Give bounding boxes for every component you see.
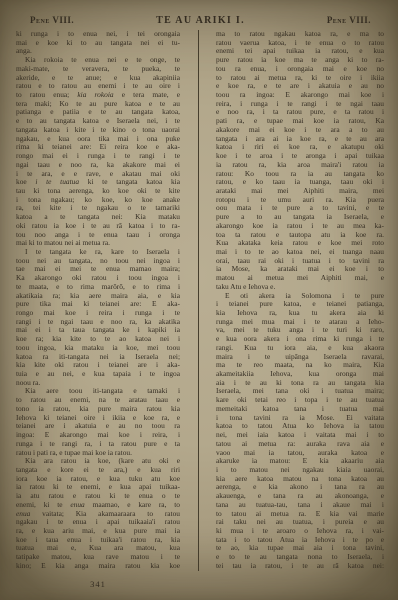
text-line: tangata i ara ai ia koe ra, e te au ara — [216, 135, 384, 144]
text-line: kia Iehova ra, kua tu akera aia ki — [216, 309, 384, 318]
text-line: toou nei au tangata, no toou nei ingoa i — [16, 257, 180, 266]
body-text: ia ratou ki te enemi, e kua apai tuikaa- — [16, 483, 180, 491]
text-line: ngai taau e noo ra, ka akakore mai ei — [16, 161, 180, 170]
body-text: pure a to au tangata ia Iseraela, e — [216, 213, 384, 221]
body-text: ratou i pati ra, e tupae mai koe ia rato… — [16, 449, 132, 457]
text-line: teianei are i akatuia e au no toou ra — [16, 422, 180, 431]
body-text: ki mua i te aroaro o Iehova ra, i vai- — [216, 527, 384, 535]
text-line: iora koe ia ratou, e kua tuku atu koe — [16, 475, 180, 484]
body-text: i te ara, e e rave, e akatau mai oki — [16, 170, 180, 178]
right-column: ma to ratou ngakau katoa ra, e ma torato… — [216, 30, 384, 571]
body-text: kino; E kia anga maira ratou kia koe — [16, 562, 180, 570]
body-text: rangi. Kua tu iora aia, e kua akaora — [216, 344, 384, 352]
text-line: ia Mose, ka arataki mai ei koe i to — [216, 265, 384, 274]
text-line: runga i te rangi ra, i ta ratou pure e t… — [16, 440, 180, 449]
text-line: ratou e to ratou au enemi i te au oire i — [16, 82, 180, 91]
body-text: Kua akataka keia ratou e koe mei roto — [216, 239, 384, 247]
body-text: taku Atu e Iehova e. — [216, 283, 275, 291]
body-text: tei tau ia ratou, i te au rā katoa nei: — [216, 562, 384, 570]
text-line: enua vaitata; Kia akamaaraara to ratou47 — [16, 510, 180, 519]
text-line: akauenga, e tana ra au akonoanga, e — [216, 492, 384, 501]
left-column: ki runga i to enua nei, i tei orongaiama… — [16, 30, 180, 571]
body-text: rangi i te ngai taau e noo ra, ka akatik… — [16, 318, 180, 326]
text-line: tangata katoa i kite i te kino o tona ua… — [16, 126, 180, 135]
body-text: ki runga i to enua nei, i tei orongaia — [16, 30, 180, 38]
body-text: toa ta ratou e tautopa atu ia koe ra. — [216, 231, 384, 239]
body-text: tatou ai metua ra: auraka rava aia e — [216, 440, 384, 448]
text-line: tana au tuatua-tau, tana i akaue mai i — [216, 501, 384, 510]
text-line: E oti akera ia Solomona i te pure54 — [216, 292, 384, 301]
text-line: tangata e kore ei te ara,) e kua riri — [16, 466, 180, 475]
text-line: e kua oora akera i ona rima ki runga i t… — [216, 335, 384, 344]
body-text: koe i te aroa i te aronga i apai tuikaa — [216, 152, 384, 160]
text-line: kare oki tetai reo i topa i te au tuatua — [216, 396, 384, 405]
body-text: rongo mai koe i reira i runga i te — [16, 309, 180, 317]
text-line: ma te reo maata, na ko maira, Kia56 — [216, 361, 384, 370]
body-text: ratou, e ko taau ia tuanga, taau oki i — [216, 178, 384, 186]
text-line: akatikaia ra; kia aere maira aia, e kia — [16, 292, 180, 301]
body-text: ia ratou ra, kia aroa maira'i ratou ia — [216, 161, 384, 169]
text-line: patianga e patiia e te au tangata katoa, — [16, 108, 180, 117]
body-text: ia atu ratou e ratou ki te enua o te — [16, 492, 180, 500]
text-line: ratou vaerua katoa, i te enua o to ratou — [216, 39, 384, 48]
text-line: tata i to tatou Atua ia Iehova i te po e — [216, 536, 384, 545]
body-text: tata i to tatou Atua ia Iehova i te po e — [216, 536, 384, 544]
text-line: toa ta ratou e tautopa atu ia koe ra. — [216, 231, 384, 240]
text-line: Ka akarongo oki ratou i toou ingoa i42 — [16, 274, 180, 283]
text-line: ra, e kua ariu mai, e kua pure mai ia — [16, 527, 180, 536]
text-line: to ratou ai metua ra, ki te oire i ikiia — [216, 74, 384, 83]
body-text: runga mei mua mai i te atarau a Ieho- — [216, 318, 384, 326]
text-line: e to au tangata katoa e Iseraela nei, i … — [16, 117, 180, 126]
body-text: rima ki teianei are: Ei reira koe e aka- — [16, 143, 180, 151]
text-line: rai taku nei au tuatua, i pureia e au — [216, 518, 384, 527]
body-text: teianei are i akatuia e au no toou ra — [16, 422, 180, 430]
body-text: maki-mate, te veravera, te pueka, te — [16, 65, 180, 73]
body-text: runga i te rangi ra, i ta ratou pure e t… — [16, 440, 180, 448]
text-line: katoa i riri ei koe ra, e akatupu oki — [216, 143, 384, 152]
body-text: kare oki tetai reo i topa i te au tuatua — [216, 396, 384, 404]
body-text: koe ra; kia kite to te ao katoa nei i — [16, 335, 180, 343]
text-line: rotopu i te umu auri ra. Kia puera52 — [216, 196, 384, 205]
text-line: ngakau i te enua i apai tuikaaia'i ratou — [16, 518, 180, 527]
italic-text: enua — [70, 501, 84, 509]
body-text: tono ia ratou, kia pure maira ratou kia — [16, 405, 180, 413]
text-line: to tatou ai metua ra. E kia vai marie59 — [216, 510, 384, 519]
text-line: e noo ra, i ta ratou pure, e ta ratou i — [216, 108, 384, 117]
body-text: E oti akera ia Solomona i te pure — [225, 292, 384, 300]
body-text: te maata, e to rima marōrō, e to rima i — [16, 283, 180, 291]
body-text: ra, e kua ariu mai, e kua pure mai ia — [16, 527, 180, 535]
body-text: rongo mai ei i runga i te rangi i te — [16, 152, 180, 160]
body-text: mai ki to matou nei ai metua ra. — [16, 239, 110, 247]
body-text: maamao, e kare ra, to — [85, 501, 180, 509]
text-line: ia atu ratou e ratou ki te enua o te — [16, 492, 180, 501]
body-text: ratou e to ratou au enemi i te au oire i — [16, 82, 180, 90]
body-text: rai taku nei au tuatua, i pureia e au — [216, 518, 384, 526]
text-line: oou mata i te pure a to tavini, e te — [216, 204, 384, 213]
body-text: nei, mei iaia katoa i vaitata mai i to — [216, 431, 384, 439]
body-text: akeride, e te anue; e kua akapiniia — [16, 74, 180, 82]
text-line: kia aere katoa matou na tona katoa au — [216, 475, 384, 484]
body-text: i tona tavini ra ia Mose. Ei vaitata — [216, 414, 384, 422]
body-text: mai ei i ta taua tangata ke i kapiki ia — [16, 326, 180, 334]
text-line: koe i te tuatua ki te tangata katoa kia — [16, 178, 180, 187]
body-text: i to matou nei ngakau kiaia uaorai, — [216, 466, 384, 474]
column-divider-rule — [198, 30, 199, 571]
text-line: ra, tei kite i te ngakau o te tamariki — [16, 204, 180, 213]
body-text: tuia e au nei, e kua tapaia i te ingoa — [16, 370, 180, 378]
body-text: katoa ra iti-tangata nei ia Iseraela nei… — [16, 353, 180, 361]
body-text: Kia aere toou iti-tangata e tamaki i — [25, 387, 180, 395]
text-line: Kia rokoia te enua nei e te onge, te37 — [16, 56, 180, 65]
text-line: anga. — [16, 47, 180, 56]
body-text: I te tangata ke ra, kare to Iseraela i — [25, 248, 180, 256]
text-line: akaruke ia matou: E kia akaariu aia58 — [216, 457, 384, 466]
text-line: koe i taua enua i tuikaa'i ratou ra, kia — [16, 536, 180, 545]
body-text: ngakau i te enua i apai tuikaaia'i ratou — [16, 518, 180, 526]
text-line: Kua akataka keia ratou e koe mei roto53 — [216, 239, 384, 248]
text-line: ratou i pati ra, e tupae mai koe ia rato… — [16, 449, 180, 458]
column-gutter — [180, 30, 216, 571]
body-text: pure tika mai ki teianei are: E aka- — [16, 300, 180, 308]
text-block: ki runga i to enua nei, i tei orongaiama… — [16, 30, 384, 571]
book-title: TE AU ARIKI I. — [156, 15, 245, 26]
body-text: e noo ra, i ta ratou pure, e ta ratou i — [216, 108, 384, 116]
text-line: kia kite oki ratou i teianei are i aka- — [16, 361, 180, 370]
text-line: rongo mai ei i runga i te rangi i te — [16, 152, 180, 161]
body-text: Ka akarongo oki ratou i toou ingoa i — [16, 274, 180, 282]
text-line: toou ra ingoa: E akarongo mai koe i49 — [216, 91, 384, 100]
body-text: e to te au tangata nona to Iseraela, i — [216, 553, 384, 561]
body-text: oki ratou ia koe i te au rā katoa i to r… — [16, 222, 180, 230]
text-line: pure tika mai ki teianei are: E aka-43 — [16, 300, 180, 309]
text-line: ki runga i to enua nei, i tei orongaia — [16, 30, 180, 39]
body-text: tau ki tona aerenga, ko koe oki te kite — [16, 187, 180, 195]
text-line: akeride, e te anue; e kua akapiniia — [16, 74, 180, 83]
body-text: to ratou au enemi, na te aratau taau e — [16, 396, 180, 404]
text-line: tau ki tona aerenga, ko koe oki te kite — [16, 187, 180, 196]
text-line: tae mai ei mei te enua mamao maira; — [16, 265, 180, 274]
text-line: runga mei mua mai i te atarau a Ieho- — [216, 318, 384, 327]
body-text: kia kite oki ratou i teianei are i aka- — [16, 361, 180, 369]
text-line: mai e koe ki to au tangata nei ei tu- — [16, 39, 180, 48]
body-text: mai i to te ao katoa nei, ei tuanga naau — [216, 248, 384, 256]
body-text: rotopu i te umu auri ra. Kia puera — [216, 196, 384, 204]
text-line: ingoa: E akarongo mai koe i reira, i45 — [16, 431, 180, 440]
body-text: Kia ara ratou ia koe, (kare atu oki e — [25, 457, 180, 465]
text-line: pure ratou ia koe ma te anga ki to ra- — [216, 56, 384, 65]
text-line: rima ki teianei are: Ei reira koe e aka-… — [16, 143, 180, 152]
body-text: to tatou ai metua ra. E kia vai marie — [216, 510, 384, 518]
text-line: mai i to te ao katoa nei, ei tuanga naau — [216, 248, 384, 257]
text-line: tera maki; Ko te au pure katoa e te au38 — [16, 100, 180, 109]
text-line: akarongo koe ia ratou i te au mea ka- — [216, 222, 384, 231]
body-text: aerenga, e kia akono i tana ra au — [216, 483, 384, 491]
text-line: i tona tavini ra ia Mose. Ei vaitata57 — [216, 414, 384, 423]
text-line: ratou, e ko taau ia tuanga, taau oki i — [216, 178, 384, 187]
body-text: tou ra enua, i orongaia mai e koe no — [216, 65, 384, 73]
text-line: maki-mate, te veravera, te pueka, te — [16, 65, 180, 74]
text-line: vaoo mai ia tatou, auraka katoa e — [216, 449, 384, 458]
text-line: ma to ratou ngakau katoa ra, e ma to — [216, 30, 384, 39]
text-line: I te tangata ke ra, kare to Iseraela i41 — [16, 248, 180, 257]
text-line: e koe ra, e te are i akatuia e au no — [216, 82, 384, 91]
text-line: rongo mai koe i reira i runga i te — [16, 309, 180, 318]
body-text: oou mata i te pure a to tavini, e te — [216, 204, 384, 212]
text-line: pure a to au tangata ia Iseraela, e — [216, 213, 384, 222]
body-text: ngakau, e kua oora tika mai i ona puke — [16, 135, 180, 143]
text-line: tei tau ia ratou, i te au rā katoa nei: — [216, 562, 384, 571]
body-text: koe — [16, 178, 35, 186]
text-line: nei, mei iaia katoa i vaitata mai i to — [216, 431, 384, 440]
body-text: akauenga, e tana ra au akonoanga, e — [216, 492, 384, 500]
body-text: ratou: Ko toou ra ia au tangata ko — [216, 170, 384, 178]
running-head-left: Pene VIII. — [30, 15, 74, 25]
body-text: ingoa: E akarongo mai koe i reira, i — [16, 431, 180, 439]
body-text: tera maki; Ko te au pure katoa e te au — [16, 100, 180, 108]
body-text: ma to ratou ngakau katoa ra, e ma to — [216, 30, 384, 38]
text-line: maira i te uipānga Iseraela ravarai, — [216, 353, 384, 362]
body-text: toou ra ingoa: E akarongo mai koe i — [216, 91, 384, 99]
book-page: Pene VIII. TE AU ARIKI I. Pene VIII. ki … — [0, 0, 398, 600]
body-text: i tona ngakau; ko koe, ko koe anake — [16, 196, 180, 204]
body-text: ki te tangata katoa kia — [79, 178, 180, 186]
body-text: Iseraela, mei tana oki i tuatua maira; — [216, 387, 384, 395]
text-line: i te ara, e e rave, e akatau mai oki — [16, 170, 180, 179]
text-line: memeitaki katoa tana i tuatua mai — [216, 405, 384, 414]
text-line: katoa a te tangata nei: Kia mataku40 — [16, 213, 180, 222]
body-text: tae mai ei mei te enua mamao maira; — [16, 265, 180, 273]
body-text: anga. — [16, 47, 32, 55]
body-text: matou ai metua mei Aiphiti mai, e — [216, 274, 384, 282]
body-text: akaruke ia matou: E kia akaariu aia — [216, 457, 384, 465]
text-line: tou ra enua, i orongaia mai e koe no — [216, 65, 384, 74]
body-text: mai e koe ki to au tangata nei ei tu- — [16, 39, 180, 47]
text-line: oki ratou ia koe i te au rā katoa i to r… — [16, 222, 180, 231]
text-line: reira, i runga i te rangi i te ngai taau — [216, 100, 384, 109]
body-text: tangata katoa i kite i te kino o tona ua… — [16, 126, 180, 134]
italic-text: enua — [16, 510, 30, 518]
body-text: ra, tei kite i te ngakau o te tamariki — [16, 204, 180, 212]
body-text: patianga e patiia e te au tangata katoa, — [16, 108, 180, 116]
body-text: e tera mate, e — [114, 91, 180, 99]
text-line: ki mua i te aroaro o Iehova ra, i vai- — [216, 527, 384, 536]
text-line: Iehova ki teianei oire i ikiia e koe ra,… — [16, 414, 180, 423]
text-line: kino; E kia anga maira ratou kia koe48 — [16, 562, 180, 571]
text-line: ratou: Ko toou ra ia au tangata ko51 — [216, 170, 384, 179]
text-line: pati ra, e tupae mai koe ia ratou, Ka50 — [216, 117, 384, 126]
text-line: mai ei i ta taua tangata ke i kapiki ia — [16, 326, 180, 335]
text-line: Kia aere toou iti-tangata e tamaki i44 — [16, 387, 180, 396]
body-text: te ao, kia tupae mai aia i tona tavini, — [216, 544, 384, 552]
body-text: enemi, ki te — [16, 501, 70, 509]
body-text: ratou vaerua katoa, i te enua o to ratou — [216, 39, 384, 47]
body-text: ngai taau e noo ra, ka akakore mai ei — [16, 161, 180, 169]
text-line: katoa to tatou Atua ko Iehova ia tatou — [216, 422, 384, 431]
text-line: i tona ngakau; ko koe, ko koe anake — [16, 196, 180, 205]
body-text: i teianei pure katoa, e teianei patianga… — [216, 300, 384, 308]
text-line: koe ra; kia kite to te ao katoa nei i — [16, 335, 180, 344]
text-line: katoa ra iti-tangata nei ia Iseraela nei… — [16, 353, 180, 362]
body-text: toou ingoa, kia mataku ia koe, mei toou — [16, 344, 180, 352]
body-text: noou ra. — [16, 379, 40, 387]
text-line: te maata, e to rima marōrō, e to rima i — [16, 283, 180, 292]
body-text: toou nei au tangata, no toou nei ingoa i — [16, 257, 180, 265]
body-text: tou noo anga i te enua taau i oronga — [16, 231, 180, 239]
body-text: reira, i runga i te rangi i te ngai taau — [216, 100, 384, 108]
text-line: tuatua mai e, Kua ara matou, kua — [16, 544, 180, 553]
body-text: pati ra, e tupae mai koe ia ratou, Ka — [216, 117, 384, 125]
text-line: tono ia ratou, kia pure maira ratou kia — [16, 405, 180, 414]
body-text: va, mei te tuku anga i te turi ki raro, — [216, 326, 384, 334]
text-line: tou noo anga i te enua taau i oronga — [16, 231, 180, 240]
text-line: koe i te aroa i te aronga i apai tuikaa — [216, 152, 384, 161]
body-text: arataki mai mei Aiphiti maira, mei — [216, 187, 384, 195]
text-line: orai, taau rai oki i tuatua i to tavini … — [216, 257, 384, 266]
body-text: akakore mai ei koe i te ara a to au — [216, 126, 384, 134]
italic-text: kia rokoia — [77, 91, 113, 99]
page-header: Pene VIII. TE AU ARIKI I. Pene VIII. — [30, 15, 371, 26]
text-line: Kia ara ratou ia koe, (kare atu oki e46 — [16, 457, 180, 466]
body-text: enemi tei apai tuikaa ia ratou, e kua — [216, 47, 384, 55]
body-text: tangata i ara ai ia koe ra, e te au ara — [216, 135, 384, 143]
body-text: vaitata; Kia akamaaraara to ratou — [30, 510, 180, 518]
text-line: tatou ai metua ra: auraka rava aia e — [216, 440, 384, 449]
text-line: i to matou nei ngakau kiaia uaorai, — [216, 466, 384, 475]
running-head-right: Pene VIII. — [327, 15, 371, 25]
body-text: orai, taau rai oki i tuatua i to tavini … — [216, 257, 384, 265]
text-line: matou ai metua mei Aiphiti mai, e — [216, 274, 384, 283]
text-line: enemi tei apai tuikaa ia ratou, e kua — [216, 47, 384, 56]
body-text: katoa a te tangata nei: Kia mataku — [16, 213, 180, 221]
body-text: ia Mose, ka arataki mai ei koe i to — [216, 265, 384, 273]
text-line: va, mei te tuku anga i te turi ki raro, — [216, 326, 384, 335]
body-text: tatipake matou, kua rave matou i te — [16, 553, 180, 561]
text-line: e to te au tangata nona to Iseraela, i — [216, 553, 384, 562]
text-line: te ao, kia tupae mai aia i tona tavini, — [216, 544, 384, 553]
body-text: tana au tuatua-tau, tana i akaue mai i — [216, 501, 384, 509]
text-line: noou ra. — [16, 379, 180, 388]
text-line: to ratou au enemi, na te aratau taau e — [16, 396, 180, 405]
page-number: 341 — [90, 579, 106, 589]
body-text: Kia rokoia te enua nei e te onge, te — [25, 56, 180, 64]
body-text: e kua oora akera i ona rima ki runga i t… — [216, 335, 384, 343]
body-text: Iehova ki teianei oire i ikiia e koe ra,… — [16, 414, 180, 422]
text-line: ia ratou ki te enemi, e kua apai tuikaa- — [16, 483, 180, 492]
body-text: akameitakiia Iehova, kua oronga mai — [216, 370, 384, 378]
body-text: vaoo mai ia tatou, auraka katoa e — [216, 449, 384, 457]
text-line: aerenga, e kia akono i tana ra au — [216, 483, 384, 492]
text-line: Iseraela, mei tana oki i tuatua maira; — [216, 387, 384, 396]
text-line: tuia e au nei, e kua tapaia i te ingoa — [16, 370, 180, 379]
body-text: to ratou ai metua ra, ki te oire i ikiia — [216, 74, 384, 82]
body-text: koe i taua enua i tuikaa'i ratou ra, kia — [16, 536, 180, 544]
text-line: akakore mai ei koe i te ara a to au — [216, 126, 384, 135]
body-text: kia Iehova ra, kua tu akera aia ki — [216, 309, 384, 317]
page-footer: 341 — [16, 579, 180, 589]
body-text: to ratou enua; — [16, 91, 77, 99]
body-text: aia i te au ki tona ra au tangata kia — [216, 379, 384, 387]
italic-text: i te tuatua — [35, 178, 79, 186]
body-text: e to au tangata katoa e Iseraela nei, i … — [16, 117, 180, 125]
text-line: arataki mai mei Aiphiti maira, mei — [216, 187, 384, 196]
body-text: tuatua mai e, Kua ara matou, kua — [16, 544, 180, 552]
text-line: mai ki to matou nei ai metua ra. — [16, 239, 180, 248]
text-line: ia ratou ra, kia aroa maira'i ratou ia — [216, 161, 384, 170]
body-text: akarongo koe ia ratou i te au mea ka- — [216, 222, 384, 230]
text-line: akameitakiia Iehova, kua oronga mai — [216, 370, 384, 379]
body-text: iora koe ia ratou, e kua tuku atu koe — [16, 475, 180, 483]
text-line: ngakau, e kua oora tika mai i ona puke — [16, 135, 180, 144]
text-line: aia i te au ki tona ra au tangata kia — [216, 379, 384, 388]
body-text: pure ratou ia koe ma te anga ki to ra- — [216, 56, 384, 64]
body-text: katoa to tatou Atua ko Iehova ia tatou — [216, 422, 384, 430]
body-text: tangata e kore ei te ara,) e kua riri — [16, 466, 180, 474]
body-text: katoa i riri ei koe ra, e akatupu oki — [216, 143, 384, 151]
text-line: enemi, ki te enua maamao, e kare ra, to — [16, 501, 180, 510]
text-line: to ratou enua; kia rokoia e tera mate, e — [16, 91, 180, 100]
text-line: i teianei pure katoa, e teianei patianga… — [216, 300, 384, 309]
body-text: kia aere katoa matou na tona katoa au — [216, 475, 384, 483]
text-line: toou ingoa, kia mataku ia koe, mei toou — [16, 344, 180, 353]
text-line: tatipake matou, kua rave matou i te — [16, 553, 180, 562]
text-line: rangi. Kua tu iora aia, e kua akaora55 — [216, 344, 384, 353]
body-text: e koe ra, e te are i akatuia e au no — [216, 82, 384, 90]
body-text: ma te reo maata, na ko maira, Kia — [216, 361, 384, 369]
body-text: memeitaki katoa tana i tuatua mai — [216, 405, 384, 413]
text-line: taku Atu e Iehova e. — [216, 283, 384, 292]
body-text: maira i te uipānga Iseraela ravarai, — [216, 353, 384, 361]
body-text: akatikaia ra; kia aere maira aia, e kia — [16, 292, 180, 300]
text-line: rangi i te ngai taau e noo ra, ka akatik… — [16, 318, 180, 327]
